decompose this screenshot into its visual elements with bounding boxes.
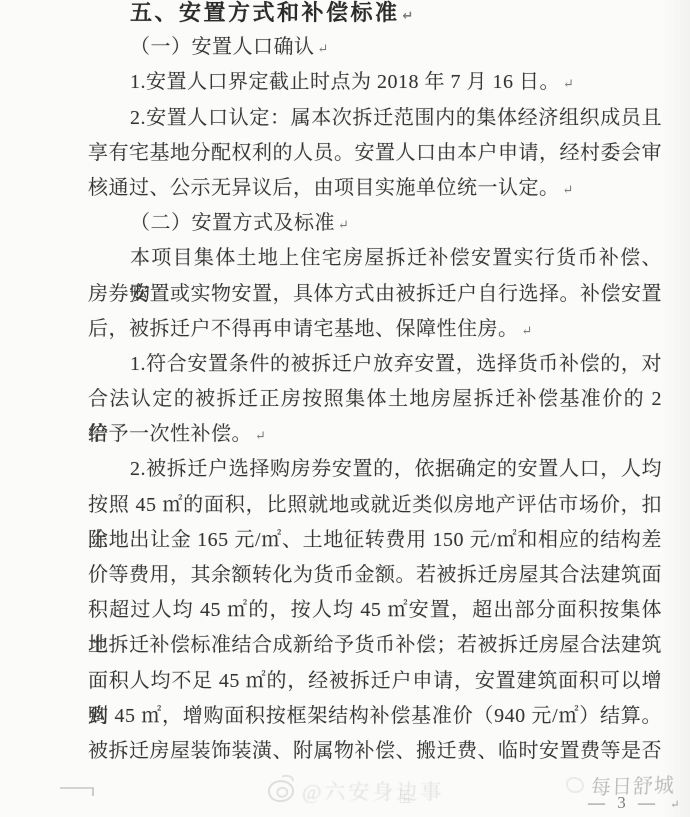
document-line: 给予一次性补偿。↵ (88, 417, 662, 452)
paragraph-return-mark: ↵ (318, 41, 329, 56)
document-line: 合法认定的被拆迁正房按照集体土地房屋拆迁补偿基准价的 2 倍 (88, 382, 662, 417)
document-line: 到 45 ㎡，增购面积按框架结构补偿基准价（940 元/㎡）结算。 (88, 699, 662, 734)
line-text: 价等费用，其余额转化为货币金额。若被拆迁房屋其合法建筑面 (88, 564, 662, 586)
document-line: 本项目集体土地上住宅房屋拆迁补偿安置实行货币补偿、购 (88, 241, 662, 276)
page-number: — 3 — ↵ (588, 793, 679, 813)
document-line: 2.被拆迁户选择购房券安置的，依据确定的安置人口，人均 (88, 452, 662, 487)
document-line: 价等费用，其余额转化为货币金额。若被拆迁房屋其合法建筑面 (88, 558, 662, 593)
document-line: 按照 45 ㎡的面积，比照就地或就近类似房地产评估市场价，扣除 (88, 488, 662, 523)
paragraph-return-mark: ↵ (338, 217, 349, 232)
document-line: 土地出让金 165 元/㎡、土地征转费用 150 元/㎡和相应的结构差 (88, 523, 662, 558)
line-text: 到 45 ㎡，增购面积按框架结构补偿基准价（940 元/㎡）结算。 (88, 705, 662, 727)
document-line: 享有宅基地分配权利的人员。安置人口由本户申请，经村委会审 (88, 136, 662, 171)
line-text: 核通过、公示无异议后，由项目实施单位统一认定。 (88, 177, 560, 199)
document-line: 后，被拆迁户不得再申请宅基地、保障性住房。↵ (88, 312, 662, 347)
scanned-document-page: { "document": { "heading": "五、安置方式和补偿标准"… (0, 0, 690, 817)
media-logo-icon (566, 777, 584, 793)
document-line: 核通过、公示无异议后，由项目实施单位统一认定。↵ (88, 171, 662, 206)
section-heading: 五、安置方式和补偿标准↵ (88, 0, 662, 30)
line-text: 五、安置方式和补偿标准 (130, 0, 400, 25)
page-number-text: — 3 — (588, 793, 659, 812)
line-text: 土地出让金 165 元/㎡、土地征转费用 150 元/㎡和相应的结构差 (88, 529, 662, 551)
line-text: 给予一次性补偿。 (88, 423, 252, 445)
line-text: （一）安置人口确认 (130, 36, 315, 58)
line-text: 房券安置或实物安置，具体方式由被拆迁户自行选择。补偿安置 (88, 283, 662, 305)
document-line: 1.符合安置条件的被拆迁户放弃安置，选择货币补偿的，对 (88, 347, 662, 382)
paragraph-return-mark: ↵ (522, 323, 533, 338)
document-line: （二）安置方式及标准↵ (88, 206, 662, 241)
line-text: 地拆迁补偿标准结合成新给予货币补偿；若被拆迁房屋合法建筑 (88, 634, 662, 656)
weibo-watermark-text: @六安身边事 (302, 776, 444, 806)
paragraph-return-mark: ↵ (670, 799, 679, 811)
line-text: 被拆迁房屋装饰装潢、附属物补偿、搬迁费、临时安置费等是否 (88, 740, 662, 762)
line-text: 1.符合安置条件的被拆迁户放弃安置，选择货币补偿的，对 (130, 353, 662, 375)
line-text: 后，被拆迁户不得再申请宅基地、保障性住房。 (88, 318, 519, 340)
line-text: 2.安置人口认定：属本次拆迁范围内的集体经济组织成员且 (130, 107, 662, 129)
paragraph-return-mark: ↵ (403, 8, 414, 23)
scan-corner-mark (60, 787, 94, 796)
document-line: （一）安置人口确认↵ (88, 30, 662, 65)
document-line: 积超过人均 45 ㎡的，按人均 45 ㎡安置，超出部分面积按集体土 (88, 593, 662, 628)
document-line: 地拆迁补偿标准结合成新给予货币补偿；若被拆迁房屋合法建筑 (88, 628, 662, 663)
line-text: 1.安置人口界定截止时点为 2018 年 7 月 16 日。 (130, 71, 560, 93)
document-line: 被拆迁房屋装饰装潢、附属物补偿、搬迁费、临时安置费等是否 (88, 734, 662, 769)
line-text: 享有宅基地分配权利的人员。安置人口由本户申请，经村委会审 (88, 142, 662, 164)
paragraph-return-mark: ↵ (563, 182, 574, 197)
document-line: 面积人均不足 45 ㎡的，经被拆迁户申请，安置建筑面积可以增购 (88, 664, 662, 699)
document-line: 房券安置或实物安置，具体方式由被拆迁户自行选择。补偿安置 (88, 277, 662, 312)
document-line: 2.安置人口认定：属本次拆迁范围内的集体经济组织成员且 (88, 101, 662, 136)
line-text: 2.被拆迁户选择购房券安置的，依据确定的安置人口，人均 (130, 458, 662, 480)
document-line: 1.安置人口界定截止时点为 2018 年 7 月 16 日。↵ (88, 65, 662, 100)
line-text: （二）安置方式及标准 (130, 212, 335, 234)
document-body: 五、安置方式和补偿标准↵（一）安置人口确认↵1.安置人口界定截止时点为 2018… (88, 0, 662, 769)
paragraph-return-mark: ↵ (563, 76, 574, 91)
paragraph-return-mark: ↵ (255, 428, 266, 443)
weibo-logo-icon (266, 778, 296, 805)
weibo-watermark: @六安身边事 (268, 776, 444, 806)
